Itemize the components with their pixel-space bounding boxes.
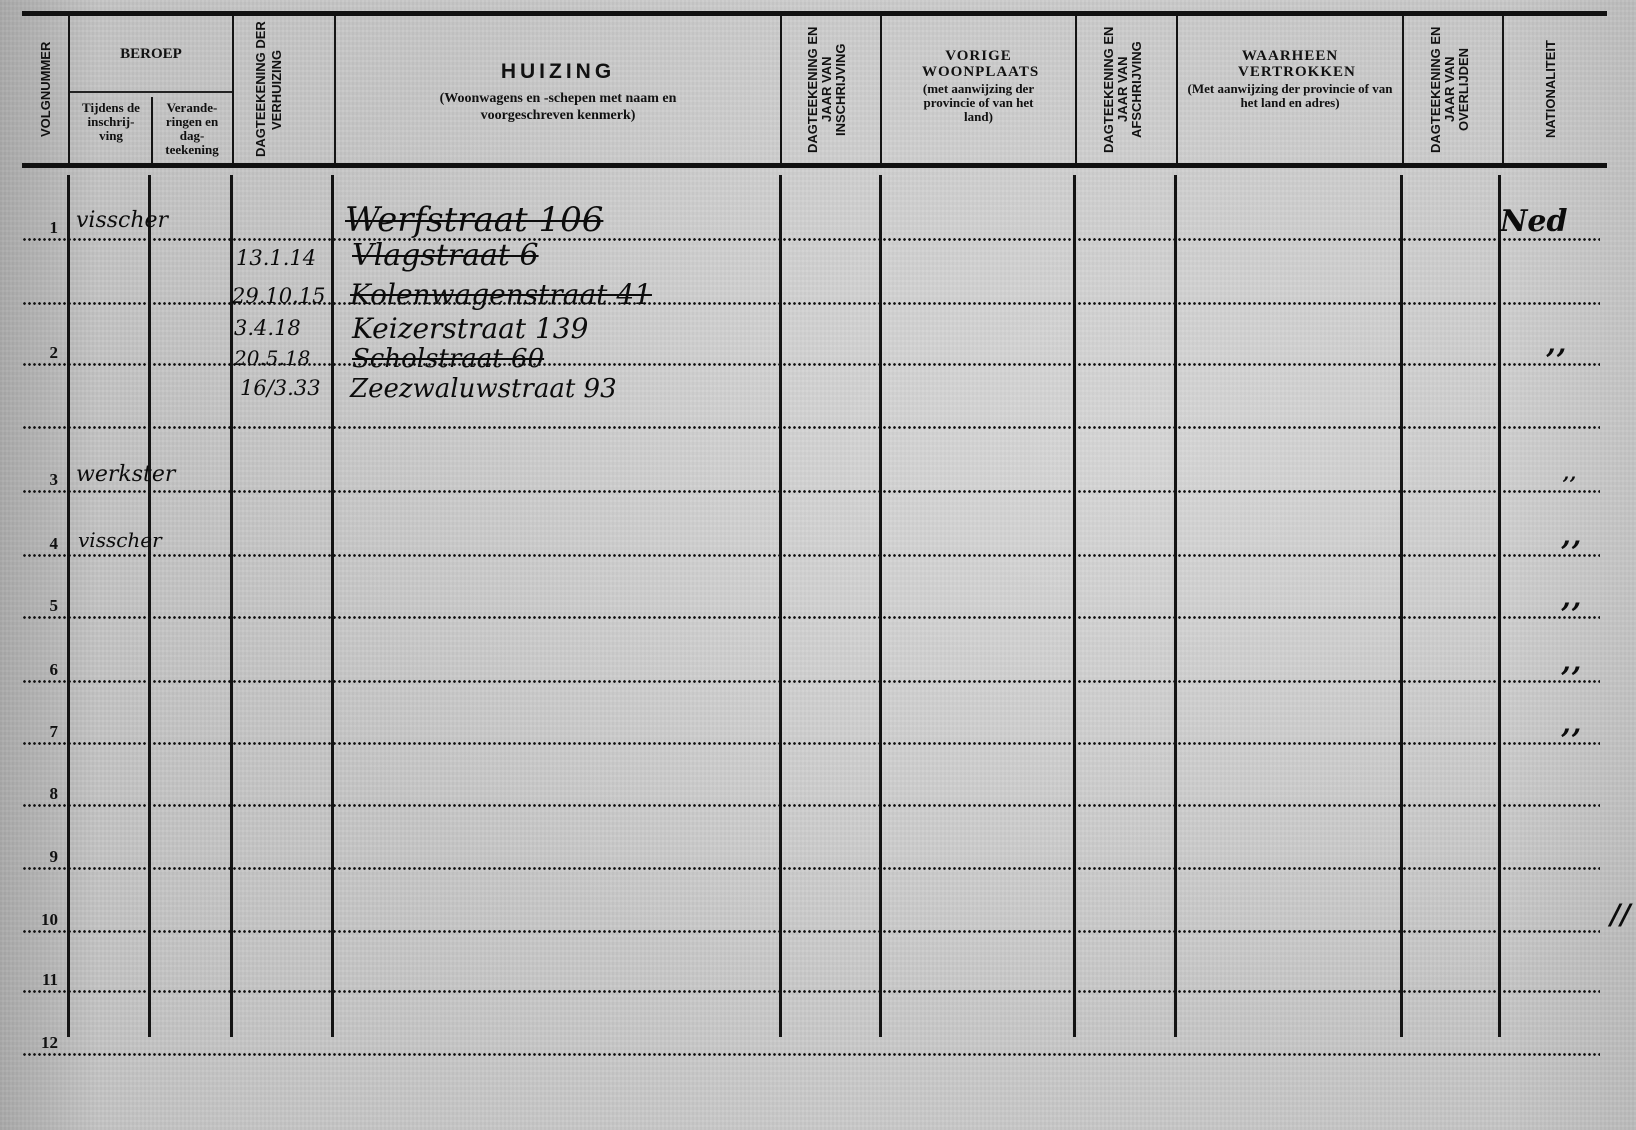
header-beroep-veranderingen: Verande- ringen en dag- teekening	[152, 101, 232, 157]
ditto-mark: ʼʼ	[1545, 344, 1566, 379]
ditto-mark: ʼʼ	[1560, 662, 1581, 697]
header-afschrijving: DAGTEEKENING EN JAAR VAN AFSCHRIJVING	[1079, 18, 1173, 161]
header-beroep-tijdens: Tijdens de inschrij- ving	[76, 101, 146, 143]
header-dagteekening-verhuizing: DAGTEEKENING DER VERHUIZING	[236, 18, 330, 161]
row-number: 7	[18, 722, 58, 742]
beroep-entry-row1: visscher	[76, 208, 168, 233]
address-entry: Zeezwaluwstraat 93	[350, 374, 617, 404]
row-number: 12	[18, 1033, 58, 1053]
beroep-subrule	[70, 91, 232, 93]
row-number: 9	[18, 847, 58, 867]
top-rule	[22, 11, 1607, 16]
address-entry: Vlagstraat 6	[352, 238, 539, 273]
header-bottom-rule	[22, 163, 1607, 168]
beroep-entry-row4: visscher	[78, 528, 162, 552]
row-line	[22, 867, 1600, 870]
header-divider	[1402, 16, 1404, 163]
verhuizing-date: 16/3.33	[240, 376, 321, 400]
header-inschrijving: DAGTEEKENING EN JAAR VAN INSCHRIJVING	[784, 18, 876, 161]
verhuizing-date: 3.4.18	[234, 316, 301, 340]
ditto-mark: ʼʼ	[1560, 598, 1581, 633]
row-number: 5	[18, 596, 58, 616]
ditto-mark: ʼʼ	[1560, 536, 1581, 571]
row-line	[22, 616, 1600, 619]
header-nationaliteit: NATIONALITEIT	[1506, 18, 1596, 161]
header-waarheen-vertrokken: WAARHEEN VERTROKKEN (Met aanwijzing der …	[1178, 48, 1402, 110]
address-entry: Keizerstraat 139	[352, 312, 588, 345]
ditto-mark: ʼʼ	[1560, 724, 1581, 759]
row-number: 8	[18, 784, 58, 804]
row-line	[22, 990, 1600, 993]
header-overlijden: DAGTEEKENING EN JAAR VAN OVERLIJDEN	[1406, 18, 1500, 161]
register-card: VOLGNUMMER BEROEP Tijdens de inschrij- v…	[0, 0, 1636, 1130]
header-beroep: BEROEP	[70, 46, 232, 63]
row-line	[22, 554, 1600, 557]
header-volgnummer: VOLGNUMMER	[26, 18, 66, 161]
header-divider	[68, 16, 70, 163]
header-divider	[1502, 16, 1504, 163]
address-entry: Kolenwagenstraat 41	[350, 278, 652, 311]
row-line	[22, 680, 1600, 683]
row-number: 1	[18, 218, 58, 238]
header-divider	[780, 16, 782, 163]
row-line	[22, 930, 1600, 933]
row-number: 6	[18, 660, 58, 680]
row-line	[22, 804, 1600, 807]
verhuizing-date: 20.5.18	[234, 346, 310, 370]
huizing-title: HUIZING	[336, 60, 780, 84]
row-number: 3	[18, 470, 58, 490]
row-number: 11	[18, 970, 58, 990]
nationaliteit-entry-row1: Ned	[1500, 204, 1568, 239]
row-line	[22, 426, 1600, 429]
margin-mark: //	[1610, 898, 1630, 931]
huizing-subtitle: (Woonwagens en -schepen met naam en voor…	[336, 90, 780, 124]
row-line	[22, 238, 1600, 241]
address-entry: Scholstraat 60	[352, 344, 544, 374]
row-number: 2	[18, 343, 58, 363]
row-line	[22, 490, 1600, 493]
row-line	[22, 1053, 1600, 1056]
header-vorige-woonplaats: VORIGE WOONPLAATS (met aanwijzing der pr…	[882, 48, 1075, 124]
header-divider	[1075, 16, 1077, 163]
address-entry: Werfstraat 106	[345, 200, 603, 240]
ditto-mark: ʼʼ	[1562, 472, 1576, 496]
header-divider	[232, 16, 234, 163]
header-huizing: HUIZING (Woonwagens en -schepen met naam…	[336, 60, 780, 124]
verhuizing-date: 29.10.15	[232, 284, 326, 308]
row-number: 10	[18, 910, 58, 930]
beroep-entry-row3: werkster	[76, 462, 175, 487]
verhuizing-date: 13.1.14	[236, 246, 316, 270]
row-number: 4	[18, 534, 58, 554]
row-line	[22, 742, 1600, 745]
